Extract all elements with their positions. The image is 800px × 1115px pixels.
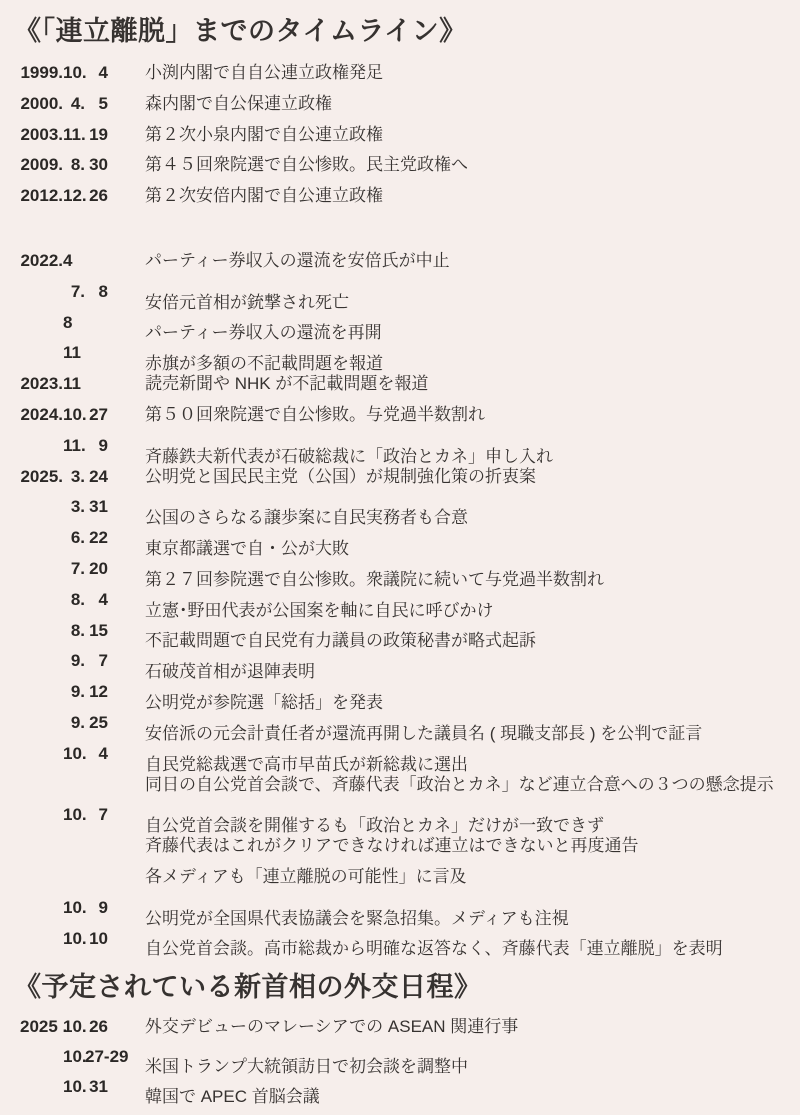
date-month: 10.	[63, 58, 85, 89]
event-text: 公明党と国民民主党（公国）が規制強化策の折衷案	[145, 462, 536, 493]
date-year	[20, 646, 63, 677]
date-cell: 10. 9	[20, 893, 108, 924]
event-text: 安倍派の元会計責任者が還流再開した議員名 ( 現職支部長 ) を公判で証言	[145, 719, 702, 750]
event-text: 第２次小泉内閣で自公連立政権	[145, 120, 383, 151]
date-cell: 2012. 12. 26	[20, 181, 108, 212]
date-cell: 10. 7	[20, 800, 108, 831]
date-month: 10.	[63, 1012, 85, 1042]
date-cell: 9. 7	[20, 646, 108, 677]
date-day: 26	[85, 181, 108, 212]
timeline-row: 2000. 4. 5 森内閣で自公保連立政権	[20, 89, 794, 120]
date-day	[85, 369, 108, 400]
date-month: 10.	[63, 739, 85, 770]
date-day: 31	[85, 1072, 108, 1102]
date-cell: 2009. 8. 30	[20, 150, 108, 181]
date-month: 10.	[63, 1042, 85, 1072]
date-year	[20, 616, 63, 647]
date-day: 7	[85, 646, 108, 677]
timeline-row: 10. 7 自公党首会談を開催するも「政治とカネ」だけが一致できず	[20, 800, 794, 831]
date-year: 2025 .	[20, 1012, 63, 1042]
event-text: 石破茂首相が退陣表明	[145, 657, 315, 688]
section-title-diplomatic-schedule: 《予定されている新首相の外交日程》	[14, 968, 794, 1006]
date-cell: 7. 8	[20, 277, 108, 308]
event-text: 韓国で APEC 首脳会議	[145, 1082, 320, 1112]
date-year	[20, 677, 63, 708]
event-text: 斉藤代表はこれがクリアできなければ連立はできないと再度通告	[145, 831, 639, 862]
timeline-row: 斉藤代表はこれがクリアできなければ連立はできないと再度通告	[20, 831, 794, 862]
event-text: 第５０回衆院選で自公惨敗。与党過半数割れ	[145, 400, 485, 431]
event-text: 米国トランプ大統領訪日で初会談を調整中	[145, 1052, 468, 1082]
date-day: 5	[85, 89, 108, 120]
date-year	[20, 1042, 63, 1072]
date-year: 2012.	[20, 181, 63, 212]
date-cell: 3. 31	[20, 492, 108, 523]
event-text: 外交デビューのマレーシアでの ASEAN 関連行事	[145, 1012, 518, 1042]
date-month: 3.	[63, 462, 85, 493]
event-text: 不記載問題で自民党有力議員の政策秘書が略式起訴	[145, 626, 536, 657]
event-text: 各メディアも「連立離脱の可能性」に言及	[145, 862, 467, 893]
timeline-row: 9. 12 公明党が参院選「総括」を発表	[20, 677, 794, 708]
date-day: 4	[85, 58, 108, 89]
date-cell: 2022. 4	[20, 246, 108, 277]
date-cell: 8	[20, 308, 108, 339]
date-day: 30	[85, 150, 108, 181]
date-year	[20, 800, 63, 831]
date-month: 9.	[63, 677, 85, 708]
section-diplomatic-schedule: 《予定されている新首相の外交日程》 2025 . 10. 26 外交デビューのマ…	[20, 968, 794, 1102]
date-month: 12.	[63, 181, 85, 212]
timeline-row: 2022. 4 パーティー券収入の還流を安倍氏が中止	[20, 246, 794, 277]
date-year: 2025.	[20, 462, 63, 493]
date-year: 2003.	[20, 120, 63, 151]
date-year: 2023.	[20, 369, 63, 400]
date-month: 10.	[63, 1072, 85, 1102]
timeline-row: 3. 31 公国のさらなる譲歩案に自民実務者も合意	[20, 492, 794, 523]
date-day: 10	[85, 924, 108, 955]
timeline-document: 《「連立離脱」までのタイムライン》 1999. 10. 4 小渕内閣で自自公連立…	[0, 0, 800, 1115]
date-day: 4	[85, 585, 108, 616]
date-day	[85, 308, 108, 339]
date-cell: 2024. 10. 27	[20, 400, 108, 431]
date-day: 4	[85, 739, 108, 770]
timeline-row: 11 赤旗が多額の不記載問題を報道	[20, 338, 794, 369]
date-month: 8.	[63, 616, 85, 647]
date-month: 4	[63, 246, 85, 277]
schedule-rows: 2025 . 10. 26 外交デビューのマレーシアでの ASEAN 関連行事 …	[20, 1012, 794, 1102]
date-month: 10.	[63, 400, 85, 431]
date-cell: 7. 20	[20, 554, 108, 585]
date-cell: 2003. 11. 19	[20, 120, 108, 151]
date-month: 11.	[63, 431, 85, 462]
timeline-row: 2012. 12. 26 第２次安倍内閣で自公連立政権	[20, 181, 794, 212]
event-text: 第２次安倍内閣で自公連立政権	[145, 181, 383, 212]
date-month: 9.	[63, 708, 85, 739]
event-text: 小渕内閣で自自公連立政権発足	[145, 58, 383, 89]
date-day: 19	[85, 120, 108, 151]
timeline-row: 10. 9 公明党が全国県代表協議会を緊急招集。メディアも注視	[20, 893, 794, 924]
date-month: 8.	[63, 150, 85, 181]
timeline-row: 2003. 11. 19 第２次小泉内閣で自公連立政権	[20, 120, 794, 151]
date-cell: 9. 25	[20, 708, 108, 739]
timeline-row: 各メディアも「連立離脱の可能性」に言及	[20, 862, 794, 893]
date-year	[20, 893, 63, 924]
date-year	[20, 924, 63, 955]
event-text: 立憲･野田代表が公国案を軸に自民に呼びかけ	[145, 596, 494, 627]
date-year	[20, 585, 63, 616]
date-month: 8.	[63, 585, 85, 616]
date-year: 1999.	[20, 58, 63, 89]
date-day: 12	[85, 677, 108, 708]
date-month: 8	[63, 308, 85, 339]
date-month: 10.	[63, 800, 85, 831]
date-year	[20, 431, 63, 462]
date-cell: 10. 4	[20, 739, 108, 770]
date-day: 22	[85, 523, 108, 554]
event-text: 公国のさらなる譲歩案に自民実務者も合意	[145, 503, 468, 534]
timeline-row: 同日の自公党首会談で、斉藤代表「政治とカネ」など連立合意への３つの懸念提示	[20, 770, 794, 801]
event-text: 森内閣で自公保連立政権	[145, 89, 332, 120]
date-cell: 11	[20, 338, 108, 369]
date-cell: 2025. 3. 24	[20, 462, 108, 493]
event-text: 自公党首会談。高市総裁から明確な返答なく、斉藤代表「連立離脱」を表明	[145, 934, 723, 965]
timeline-row: 8 パーティー券収入の還流を再開	[20, 308, 794, 339]
section-title-coalition-timeline: 《「連立離脱」までのタイムライン》	[14, 12, 794, 50]
date-cell: 9. 12	[20, 677, 108, 708]
date-month: 7.	[63, 554, 85, 585]
date-day	[85, 338, 108, 369]
date-year	[20, 308, 63, 339]
timeline-row: 11. 9 斉藤鉄夫新代表が石破総裁に「政治とカネ」申し入れ	[20, 431, 794, 462]
date-cell: 2025 . 10. 26	[20, 1012, 108, 1042]
date-cell: 11. 9	[20, 431, 108, 462]
date-month: 4.	[63, 89, 85, 120]
date-day: 27-29	[85, 1042, 128, 1072]
date-year	[20, 554, 63, 585]
date-year	[20, 708, 63, 739]
event-text: 第４５回衆院選で自公惨敗。民主党政権へ	[145, 150, 468, 181]
date-day: 27	[85, 400, 108, 431]
date-day: 9	[85, 893, 108, 924]
event-text: パーティー券収入の還流を再開	[145, 318, 382, 349]
date-year: 2000.	[20, 89, 63, 120]
date-year	[20, 1072, 63, 1102]
date-year	[20, 277, 63, 308]
date-year: 2022.	[20, 246, 63, 277]
event-text: 同日の自公党首会談で、斉藤代表「政治とカネ」など連立合意への３つの懸念提示	[145, 770, 774, 801]
date-day: 15	[85, 616, 108, 647]
date-cell: 8. 4	[20, 585, 108, 616]
date-month: 7.	[63, 277, 85, 308]
date-day: 9	[85, 431, 108, 462]
event-text: パーティー券収入の還流を安倍氏が中止	[145, 246, 450, 277]
date-cell: 2000. 4. 5	[20, 89, 108, 120]
date-year	[20, 739, 63, 770]
date-year	[20, 523, 63, 554]
timeline-row: 2025. 3. 24 公明党と国民民主党（公国）が規制強化策の折衷案	[20, 462, 794, 493]
date-month: 6.	[63, 523, 85, 554]
timeline-row: 2024. 10. 27 第５０回衆院選で自公惨敗。与党過半数割れ	[20, 400, 794, 431]
date-month: 11	[63, 369, 85, 400]
date-cell: 2023. 11	[20, 369, 108, 400]
date-cell: 6. 22	[20, 523, 108, 554]
timeline-row: 9. 25 安倍派の元会計責任者が還流再開した議員名 ( 現職支部長 ) を公判…	[20, 708, 794, 739]
date-month: 3.	[63, 492, 85, 523]
date-year: 2024.	[20, 400, 63, 431]
event-text: 安倍元首相が銃撃され死亡	[145, 288, 349, 319]
date-day: 25	[85, 708, 108, 739]
timeline-row: 10. 27-29 米国トランプ大統領訪日で初会談を調整中	[20, 1042, 794, 1072]
timeline-row: 2025 . 10. 26 外交デビューのマレーシアでの ASEAN 関連行事	[20, 1012, 794, 1042]
date-month: 10.	[63, 924, 85, 955]
date-day: 24	[85, 462, 108, 493]
date-year	[20, 492, 63, 523]
date-day	[85, 246, 108, 277]
date-year	[20, 338, 63, 369]
date-cell: 10. 10	[20, 924, 108, 955]
timeline-row: 1999. 10. 4 小渕内閣で自自公連立政権発足	[20, 58, 794, 89]
date-day: 26	[85, 1012, 108, 1042]
timeline-row: 2023. 11 読売新聞や NHK が不記載問題を報道	[20, 369, 794, 400]
timeline-row: 7. 8 安倍元首相が銃撃され死亡	[20, 277, 794, 308]
date-day: 8	[85, 277, 108, 308]
date-month: 11.	[63, 120, 85, 151]
event-text: 第２７回参院選で自公惨敗。衆議院に続いて与党過半数割れ	[145, 565, 604, 596]
event-text: 読売新聞や NHK が不記載問題を報道	[145, 369, 428, 400]
date-day: 31	[85, 492, 108, 523]
timeline-row: 7. 20 第２７回参院選で自公惨敗。衆議院に続いて与党過半数割れ	[20, 554, 794, 585]
date-cell: 10. 31	[20, 1072, 108, 1102]
event-text: 東京都議選で自・公が大敗	[145, 534, 349, 565]
timeline-rows: 1999. 10. 4 小渕内閣で自自公連立政権発足 2000. 4. 5 森内…	[20, 58, 794, 954]
date-day: 20	[85, 554, 108, 585]
date-month: 10.	[63, 893, 85, 924]
date-month: 11	[63, 338, 85, 369]
date-cell: 10. 27-29	[20, 1042, 108, 1072]
section-coalition-timeline: 《「連立離脱」までのタイムライン》 1999. 10. 4 小渕内閣で自自公連立…	[20, 12, 794, 954]
date-year: 2009.	[20, 150, 63, 181]
date-cell: 8. 15	[20, 616, 108, 647]
date-day: 7	[85, 800, 108, 831]
event-text: 公明党が参院選「総括」を発表	[145, 688, 383, 719]
date-month: 9.	[63, 646, 85, 677]
event-text: 公明党が全国県代表協議会を緊急招集。メディアも注視	[145, 904, 569, 935]
date-cell: 1999. 10. 4	[20, 58, 108, 89]
timeline-row: 2009. 8. 30 第４５回衆院選で自公惨敗。民主党政権へ	[20, 150, 794, 181]
